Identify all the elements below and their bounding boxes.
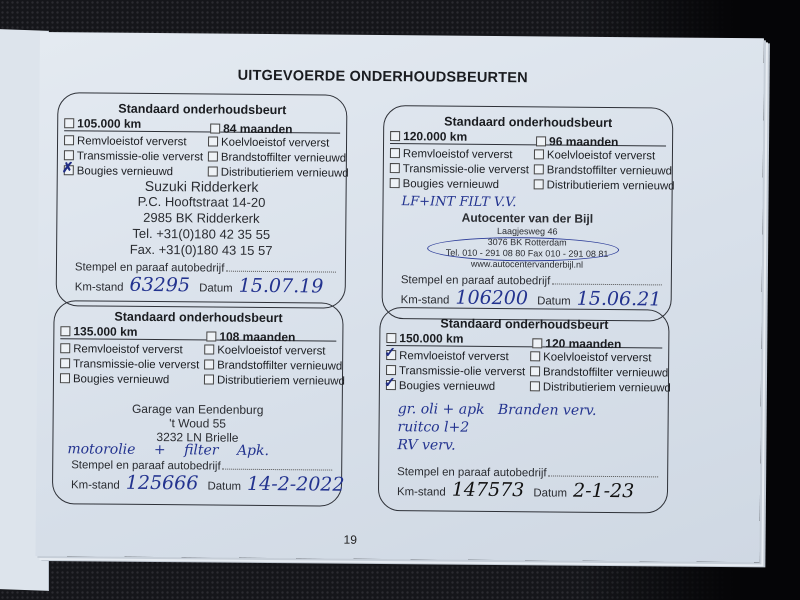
km-stand-value: 125666	[126, 472, 199, 495]
checkbox[interactable]	[208, 166, 218, 176]
checkbox[interactable]	[60, 358, 70, 368]
service-card-120000: Standaard onderhoudsbeurt 120.000 km 96 …	[382, 105, 674, 322]
checkbox[interactable]	[536, 136, 546, 146]
checkbox[interactable]	[386, 365, 396, 375]
date-value: 14-2-2022	[247, 473, 345, 496]
checkbox[interactable]	[60, 343, 70, 353]
km-stand-value: 106200	[455, 287, 528, 310]
page-heading: UITGEVOERDE ONDERHOUDSBEURTEN	[238, 68, 528, 87]
checkbox[interactable]	[534, 164, 544, 174]
service-card-135000: Standaard onderhoudsbeurt 135.000 km 108…	[52, 300, 344, 507]
booklet-page: UITGEVOERDE ONDERHOUDSBEURTEN Standaard …	[35, 32, 764, 562]
service-card-150000: Standaard onderhoudsbeurt 150.000 km 120…	[378, 307, 670, 514]
km-stand-value: 147573	[452, 479, 525, 502]
date-value: 2-1-23	[573, 480, 634, 503]
checkbox[interactable]	[534, 179, 544, 189]
checkbox[interactable]	[64, 150, 74, 160]
handwritten-notes: gr. oli + apk Branden verv. ruitco l+2 R…	[397, 400, 596, 456]
checkbox[interactable]	[530, 351, 540, 361]
right-items: Koelvloeistof ververst Brandstoffilter v…	[208, 135, 349, 181]
checkbox[interactable]	[206, 331, 216, 341]
checkbox[interactable]	[390, 148, 400, 158]
checkbox[interactable]	[64, 118, 74, 128]
checkbox[interactable]	[530, 381, 540, 391]
checkbox[interactable]	[390, 178, 400, 188]
dealer-stamp: Garage van Eendenburg 't Woud 55 3232 LN…	[53, 401, 341, 446]
checkbox[interactable]	[60, 326, 70, 336]
checkbox[interactable]	[532, 338, 542, 348]
km-interval: 105.000 km	[64, 116, 141, 131]
page-number: 19	[344, 533, 357, 547]
checkbox[interactable]	[64, 135, 74, 145]
checkbox[interactable]	[208, 136, 218, 146]
month-interval: 84 maanden	[210, 121, 292, 136]
checkbox[interactable]	[210, 123, 220, 133]
checkbox[interactable]	[204, 374, 214, 384]
service-card-105000: Standaard onderhoudsbeurt 105.000 km 84 …	[56, 92, 348, 309]
checkbox[interactable]	[534, 149, 544, 159]
handwritten-note: motorolie + filter Apk.	[67, 441, 269, 459]
date-value: 15.06.21	[577, 288, 662, 311]
item-brake-fluid: Remvloeistof ververst	[64, 134, 203, 150]
checkbox[interactable]	[390, 163, 400, 173]
checkmark-icon: ✓	[384, 376, 396, 391]
handwritten-note: LF+INT FILT V.V.	[401, 194, 516, 210]
checkbox[interactable]	[530, 366, 540, 376]
checkbox[interactable]	[204, 344, 214, 354]
km-stand-value: 63295	[129, 274, 190, 297]
date-value: 15.07.19	[239, 275, 324, 298]
checkbox[interactable]	[208, 151, 218, 161]
checkmark-icon: ✓	[384, 346, 396, 361]
checkmark-icon: ✗	[62, 161, 74, 176]
left-items: Remvloeistof ververst Transmissie-olie v…	[64, 134, 204, 180]
checkbox[interactable]	[390, 131, 400, 141]
checkbox[interactable]	[204, 359, 214, 369]
km-date-line: Km-stand63295 Datum15.07.19	[75, 273, 330, 297]
dealer-stamp: Suzuki Ridderkerk P.C. Hooftstraat 14-20…	[57, 177, 346, 260]
card-title: Standaard onderhoudsbeurt	[58, 101, 346, 118]
item-transmission-oil: Transmissie-olie ververst	[64, 149, 203, 165]
checkbox[interactable]	[60, 373, 70, 383]
checkbox[interactable]	[386, 333, 396, 343]
